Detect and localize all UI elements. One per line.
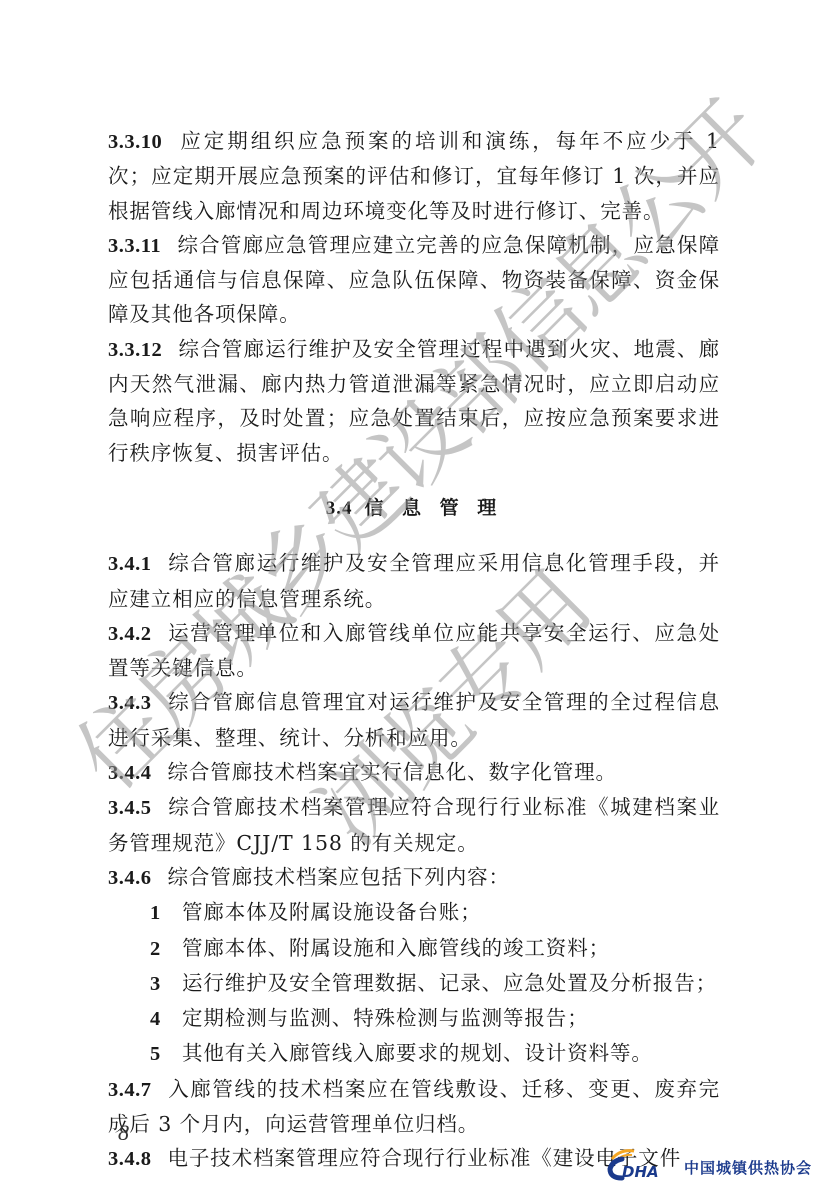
clause-3-4-2: 3.4.2运营管理单位和入廊管线单位应能共享安全运行、应急处置等关键信息。 <box>108 616 720 686</box>
clause-text: 运营管理单位和入廊管线单位应能共享安全运行、应急处置等关键信息。 <box>108 621 720 680</box>
clause-text: 综合管廊技术档案宜实行信息化、数字化管理。 <box>168 760 617 784</box>
clause-number: 3.4.4 <box>108 762 152 784</box>
section-title-text: 信 息 管 理 <box>364 497 502 519</box>
svg-text:DHA: DHA <box>622 1163 659 1181</box>
clause-3-3-12: 3.3.12综合管廊运行维护及安全管理过程中遇到火灾、地震、廊内天然气泄漏、廊内… <box>108 332 720 470</box>
list-item-text: 运行维护及安全管理数据、记录、应急处置及分析报告； <box>182 971 717 995</box>
clause-text: 入廊管线的技术档案应在管线敷设、迁移、变更、废弃完成后 3 个月内，向运营管理单… <box>108 1077 720 1136</box>
list-item: 5其他有关入廊管线入廊要求的规划、设计资料等。 <box>108 1036 720 1071</box>
clause-number: 3.4.6 <box>108 867 152 889</box>
clause-3-4-6: 3.4.6综合管廊技术档案应包括下列内容： <box>108 860 720 895</box>
organization-name: 中国城镇供热协会 <box>684 1157 812 1178</box>
cdha-logo-icon: DHA <box>604 1147 678 1181</box>
publisher-logo: DHA 中国城镇供热协会 <box>604 1146 812 1182</box>
list-item-text: 管廊本体及附属设施设备台账； <box>182 900 482 924</box>
clause-number: 3.4.2 <box>108 623 152 645</box>
clause-number: 3.3.12 <box>108 339 162 361</box>
clause-number: 3.3.11 <box>108 235 161 257</box>
clause-number: 3.3.10 <box>108 131 162 153</box>
clause-text: 综合管廊信息管理宜对运行维护及安全管理的全过程信息进行采集、整理、统计、分析和应… <box>108 690 720 749</box>
clause-3-4-4: 3.4.4综合管廊技术档案宜实行信息化、数字化管理。 <box>108 755 720 790</box>
page-number: 8 <box>118 1120 129 1146</box>
clause-text: 综合管廊技术档案应包括下列内容： <box>168 865 510 889</box>
clause-text: 综合管廊应急管理应建立完善的应急保障机制，应急保障应包括通信与信息保障、应急队伍… <box>108 233 720 327</box>
list-item: 1管廊本体及附属设施设备台账； <box>108 895 720 930</box>
list-item-text: 定期检测与监测、特殊检测与监测等报告； <box>182 1006 589 1030</box>
list-item: 4定期检测与监测、特殊检测与监测等报告； <box>108 1001 720 1036</box>
list-item: 2管廊本体、附属设施和入廊管线的竣工资料； <box>108 931 720 966</box>
clause-text: 综合管廊运行维护及安全管理过程中遇到火灾、地震、廊内天然气泄漏、廊内热力管道泄漏… <box>108 337 720 465</box>
clause-3-3-11: 3.3.11综合管廊应急管理应建立完善的应急保障机制，应急保障应包括通信与信息保… <box>108 228 720 332</box>
list-item-text: 其他有关入廊管线入廊要求的规划、设计资料等。 <box>182 1041 653 1065</box>
clause-3-4-7: 3.4.7入廊管线的技术档案应在管线敷设、迁移、变更、废弃完成后 3 个月内，向… <box>108 1072 720 1142</box>
list-item-number: 4 <box>150 1002 182 1036</box>
clause-number: 3.4.1 <box>108 553 152 575</box>
list-item-number: 5 <box>150 1037 182 1071</box>
clause-number: 3.4.8 <box>108 1148 152 1170</box>
clause-number: 3.4.5 <box>108 797 152 819</box>
page-content: 3.3.10应定期组织应急预案的培训和演练，每年不应少于 1 次；应定期开展应急… <box>108 124 720 1177</box>
clause-3-4-1: 3.4.1综合管廊运行维护及安全管理应采用信息化管理手段，并应建立相应的信息管理… <box>108 546 720 616</box>
clause-number: 3.4.7 <box>108 1079 152 1101</box>
clause-text: 综合管廊技术档案管理应符合现行行业标准《城建档案业务管理规范》CJJ/T 158… <box>108 795 720 854</box>
clause-3-4-5: 3.4.5综合管廊技术档案管理应符合现行行业标准《城建档案业务管理规范》CJJ/… <box>108 790 720 860</box>
content-list: 1管廊本体及附属设施设备台账； 2管廊本体、附属设施和入廊管线的竣工资料； 3运… <box>108 895 720 1071</box>
list-item: 3运行维护及安全管理数据、记录、应急处置及分析报告； <box>108 966 720 1001</box>
list-item-text: 管廊本体、附属设施和入廊管线的竣工资料； <box>182 936 610 960</box>
section-number: 3.4 <box>326 498 353 519</box>
clause-text: 应定期组织应急预案的培训和演练，每年不应少于 1 次；应定期开展应急预案的评估和… <box>108 129 720 223</box>
document-page: 3.3.10应定期组织应急预案的培训和演练，每年不应少于 1 次；应定期开展应急… <box>0 0 827 1198</box>
list-item-number: 1 <box>150 896 182 930</box>
section-heading: 3.4信 息 管 理 <box>108 491 720 526</box>
clause-3-4-3: 3.4.3综合管廊信息管理宜对运行维护及安全管理的全过程信息进行采集、整理、统计… <box>108 685 720 755</box>
list-item-number: 2 <box>150 932 182 966</box>
clause-number: 3.4.3 <box>108 692 152 714</box>
clause-text: 综合管廊运行维护及安全管理应采用信息化管理手段，并应建立相应的信息管理系统。 <box>108 551 720 610</box>
clause-3-3-10: 3.3.10应定期组织应急预案的培训和演练，每年不应少于 1 次；应定期开展应急… <box>108 124 720 228</box>
list-item-number: 3 <box>150 967 182 1001</box>
